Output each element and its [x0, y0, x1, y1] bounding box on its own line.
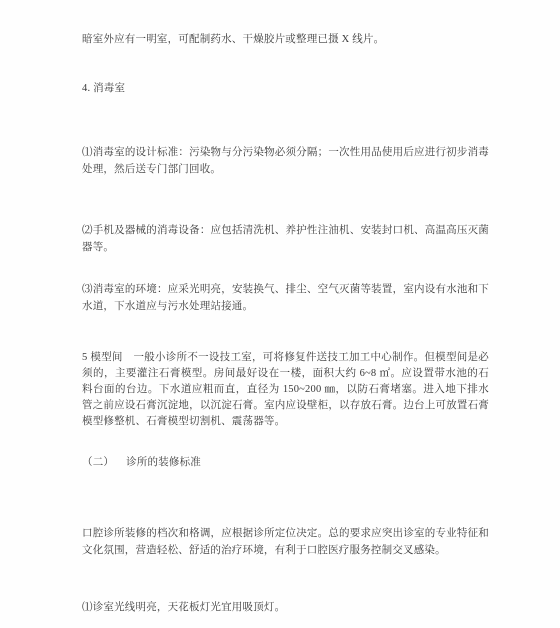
- paragraph-model-room: 5 模型间 一般小诊所不一设技工室，可将修复件送技工加工中心制作。但模型间是必须…: [82, 350, 489, 431]
- section-number: （二）: [82, 454, 114, 471]
- section-title: 诊所的装修标准: [126, 454, 201, 471]
- paragraph-disinfection-equipment: ⑵手机及器械的消毒设备：应包括清洗机、养护性注油机、安装封口机、高温高压灭菌器等…: [82, 222, 489, 256]
- paragraph-disinfection-design-standard: ⑴消毒室的设计标准：污染物与分污染物必须分隔；一次性用品使用后应进行初步消毒处理…: [82, 144, 489, 178]
- paragraph-disinfection-environment: ⑶消毒室的环境：应采光明亮，安装换气、排尘、空气灭菌等装置，室内设有水池和下水道…: [82, 281, 489, 315]
- heading-disinfection-room: 4. 消毒室: [82, 80, 489, 97]
- paragraph-darkroom: 暗室外应有一明室，可配制药水、干燥胶片或整理已摄 X 线片。: [82, 31, 489, 48]
- heading-decoration-standard-section: （二）诊所的装修标准: [82, 454, 489, 471]
- document-page: 暗室外应有一明室，可配制药水、干燥胶片或整理已摄 X 线片。 4. 消毒室 ⑴消…: [0, 0, 560, 628]
- paragraph-lighting: ⑴诊室光线明亮，天花板灯光宜用吸顶灯。: [82, 599, 489, 616]
- paragraph-decoration-standard: 口腔诊所装修的档次和格调，应根据诊所定位决定。总的要求应突出诊室的专业特征和文化…: [82, 525, 489, 559]
